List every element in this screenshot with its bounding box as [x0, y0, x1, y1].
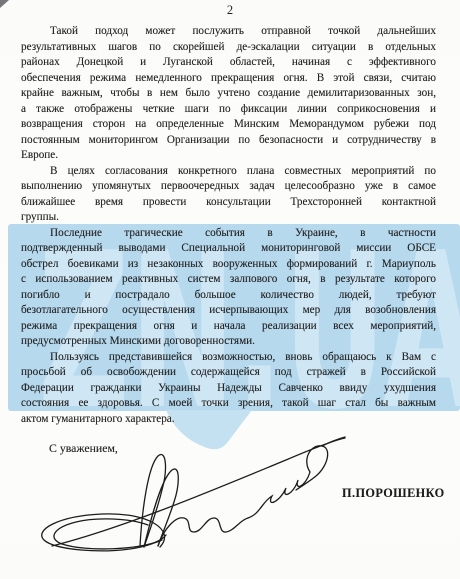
paragraph: Последние трагические события в Украине,… [21, 226, 436, 350]
text-line: режима прекращения огня и начала реализа… [21, 319, 436, 335]
text-line: выполнению упомянутых первоочередных зад… [21, 179, 436, 195]
text-line: актом гуманитарного характера. [21, 412, 436, 428]
text-line: обеспечения режима немедленного прекраще… [21, 71, 436, 87]
text-line: Пользуясь представившейся возможностью, … [21, 350, 436, 366]
text-line: результативных шагов по скорейшей де-эск… [21, 40, 436, 56]
text-line: В целях согласования конкретного плана с… [21, 164, 436, 180]
text-line: просьбой об освобождении содержащейся по… [21, 365, 436, 381]
text-line: группы. [21, 210, 436, 226]
text-line: постоянным мониторингом Организации по б… [21, 133, 436, 149]
signature-stroke [144, 469, 178, 547]
text-line: Европе. [21, 148, 436, 164]
text-line: а также отображены четкие шаги по фиксац… [21, 102, 436, 118]
handwritten-signature [28, 426, 358, 558]
text-line: состояния ее здоровья. С моей точки зрен… [21, 396, 436, 412]
text-line: предусмотренных Минскими договоренностям… [21, 334, 436, 350]
page-number: 2 [0, 3, 460, 18]
scanned-letter-page: 2 ZN.UA Такой подход может послужить отп… [0, 0, 460, 579]
paragraph: Пользуясь представившейся возможностью, … [21, 350, 436, 428]
text-line: Последние трагические события в Украине,… [21, 226, 436, 242]
text-line: Такой подход может послужить отправной т… [21, 24, 436, 40]
text-line: Федерации гражданки Украины Надежды Савч… [21, 381, 436, 397]
text-line: обстрел боевиками из незаконных вооружен… [21, 257, 436, 273]
text-line: безотлагательного осуществления исчерпыв… [21, 303, 436, 319]
signature-stroke [322, 437, 345, 446]
text-line: возвращения сторон на определенные Минск… [21, 117, 436, 133]
text-line: подтвержденный выводами Специальной мони… [21, 241, 436, 257]
text-line: ближайшее время провести консультации Тр… [21, 195, 436, 211]
signature-stroke [248, 472, 310, 518]
text-line: погибло и пострадало большое количество … [21, 288, 436, 304]
signature-stroke [54, 519, 162, 549]
text-line: с использованием реактивных систем залпо… [21, 272, 436, 288]
text-line: крайне важным, чтобы в нем было учтено с… [21, 86, 436, 102]
signature-stroke [296, 446, 328, 490]
signature-stroke [140, 455, 165, 547]
paragraph: Такой подход может послужить отправной т… [21, 24, 436, 164]
paragraph: В целях согласования конкретного плана с… [21, 164, 436, 226]
letter-body: Такой подход может послужить отправной т… [21, 24, 436, 427]
signature-stroke [158, 518, 248, 546]
text-line: районах Донецкой и Луганской областей, н… [21, 55, 436, 71]
